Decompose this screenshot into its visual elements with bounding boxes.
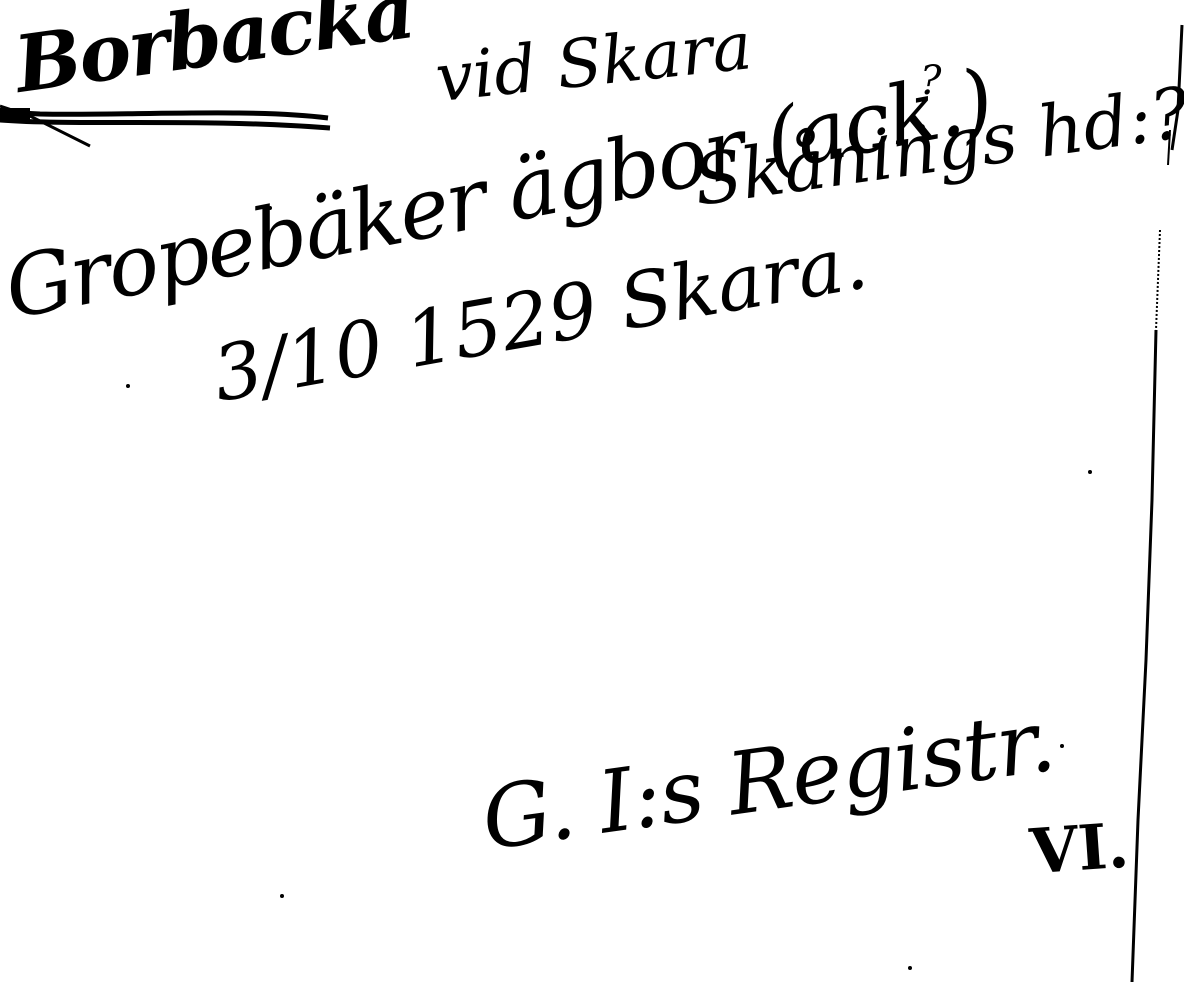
ink-speck: [268, 206, 272, 210]
reference-text: G. I:s Registr.: [476, 691, 1060, 870]
place-text: vid Skara: [432, 7, 755, 117]
index-card: Borbacka vid Skara ? Skånings hd:? Vg. G…: [0, 0, 1184, 982]
ink-speck: [1088, 470, 1092, 474]
ink-speck: [1060, 744, 1064, 748]
ink-speck: [908, 966, 912, 970]
reference-volume: VI.: [1028, 809, 1132, 889]
ink-speck: [126, 384, 130, 388]
title-text: Borbacka: [9, 0, 418, 111]
ink-speck: [280, 894, 284, 898]
